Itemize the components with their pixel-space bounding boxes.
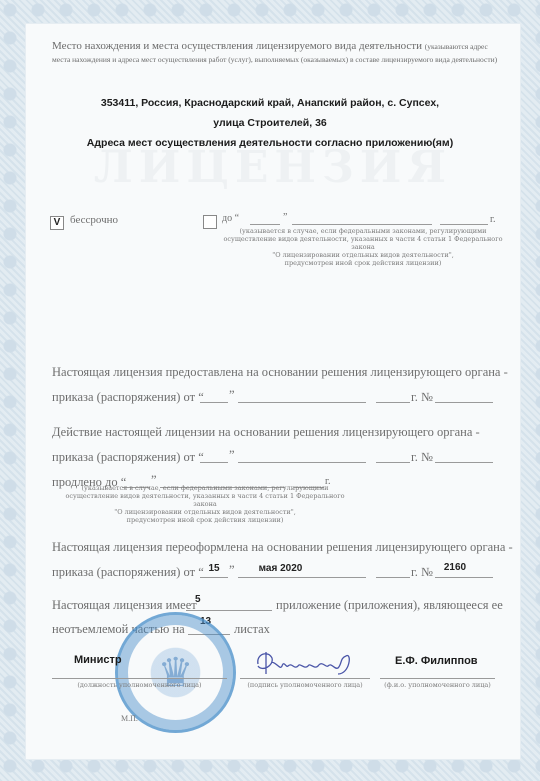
- granted-year-field[interactable]: [376, 402, 410, 403]
- term-note-line: предусмотрен иной срок действия лицензии…: [218, 259, 508, 267]
- reissued-year-field[interactable]: [376, 577, 410, 578]
- appendices-sheets-suffix: листах: [234, 622, 270, 637]
- extended-line-1: Действие настоящей лицензии на основании…: [52, 425, 480, 440]
- signature-line: [240, 678, 370, 679]
- name-line: [380, 678, 495, 679]
- extended-line-2-prefix: приказа (распоряжения) от “: [52, 450, 204, 465]
- location-note: места нахождения и адреса мест осуществл…: [52, 55, 497, 64]
- term-note-line: осуществление видов деятельности, указан…: [218, 235, 508, 251]
- extended-note-line: осуществление видов деятельности, указан…: [55, 492, 355, 508]
- extended-note-line: "О лицензировании отдельных видов деятел…: [55, 508, 355, 516]
- unlimited-label: бессрочно: [70, 214, 118, 226]
- appendices-suffix: приложение (приложения), являющееся ее: [276, 598, 503, 613]
- reissued-day: 15: [200, 563, 228, 574]
- granted-number-field[interactable]: [435, 402, 493, 403]
- extended-year-field[interactable]: [376, 462, 410, 463]
- reissued-quote: ”: [229, 563, 235, 578]
- granted-month-field[interactable]: [238, 402, 366, 403]
- reissued-number: 2160: [435, 562, 475, 573]
- extended-note-line: предусмотрен иной срок действия лицензии…: [55, 516, 355, 524]
- signatory-position: Министр: [74, 654, 122, 666]
- location-heading-text: Место нахождения и места осуществления л…: [52, 40, 422, 52]
- extended-day-field[interactable]: [200, 462, 228, 463]
- until-year-field[interactable]: [440, 224, 488, 225]
- reissued-month-year: мая 2020: [238, 563, 323, 574]
- granted-day-field[interactable]: [200, 402, 228, 403]
- address-line-3: Адреса мест осуществления деятельности с…: [40, 137, 500, 149]
- location-heading: Место нахождения и места осуществления л…: [52, 40, 502, 66]
- unlimited-checkbox[interactable]: V: [50, 216, 64, 230]
- extended-year-no: г. №: [411, 450, 433, 465]
- reissued-line-2-prefix: приказа (распоряжения) от “: [52, 565, 204, 580]
- term-note-line: (указывается в случае, если федеральными…: [218, 227, 508, 235]
- seal-label: М.П.: [121, 714, 138, 723]
- until-month-field[interactable]: [292, 224, 432, 225]
- bleed-through-title: ЛИЦЕНЗИЯ: [26, 142, 520, 193]
- term-note: (указывается в случае, если федеральными…: [218, 227, 508, 267]
- granted-line-2-prefix: приказа (распоряжения) от “: [52, 390, 204, 405]
- granted-quote: ”: [229, 388, 235, 403]
- extended-note: (указывается в случае, если федеральными…: [55, 484, 355, 524]
- extended-note-line: (указывается в случае, если федеральными…: [55, 484, 355, 492]
- until-year-suffix: г.: [490, 214, 495, 225]
- location-note-inline: (указываются адрес: [425, 42, 488, 51]
- extended-month-field[interactable]: [238, 462, 366, 463]
- appendices-prefix: Настоящая лицензия имеет: [52, 598, 197, 613]
- extended-quote: ”: [229, 448, 235, 463]
- signature-caption: (подпись уполномоченного лица): [240, 681, 370, 689]
- address-line-2: улица Строителей, 36: [40, 117, 500, 129]
- reissued-day-field[interactable]: [200, 577, 228, 578]
- signatory-name: Е.Ф. Филиппов: [395, 655, 478, 667]
- until-day-field[interactable]: [250, 224, 280, 225]
- until-label: до “: [222, 213, 239, 224]
- reissued-line-1: Настоящая лицензия переоформлена на осно…: [52, 540, 513, 555]
- reissued-month-field[interactable]: [238, 577, 366, 578]
- appendices-count-field[interactable]: [186, 610, 272, 611]
- position-caption: (должность уполномоченного лица): [52, 681, 227, 689]
- position-line: [52, 678, 227, 679]
- reissued-year-no: г. №: [411, 565, 433, 580]
- name-caption: (ф.и.о. уполномоченного лица): [380, 681, 495, 689]
- until-quote: ”: [283, 212, 287, 223]
- appendices-count: 5: [195, 594, 201, 605]
- extended-number-field[interactable]: [435, 462, 493, 463]
- address-line-1: 353411, Россия, Краснодарский край, Анап…: [40, 97, 500, 109]
- granted-year-no: г. №: [411, 390, 433, 405]
- until-checkbox[interactable]: [203, 215, 217, 229]
- term-note-line: "О лицензировании отдельных видов деятел…: [218, 251, 508, 259]
- granted-line-1: Настоящая лицензия предоставлена на осно…: [52, 365, 508, 380]
- reissued-number-field[interactable]: [435, 577, 493, 578]
